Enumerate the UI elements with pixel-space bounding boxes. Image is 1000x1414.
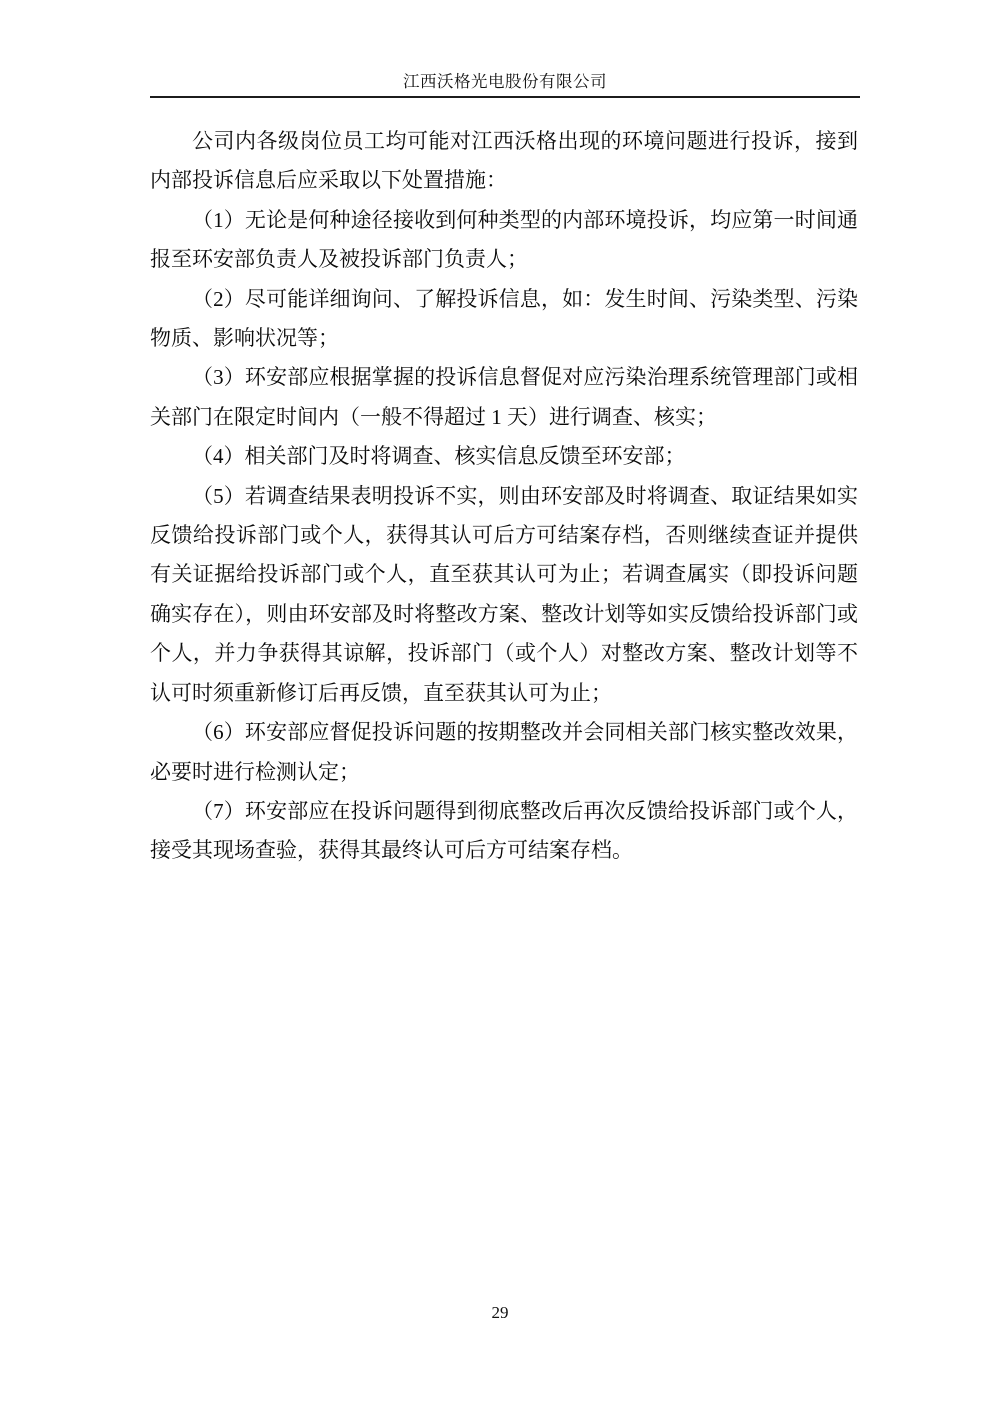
- company-name: 江西沃格光电股份有限公司: [403, 72, 607, 91]
- list-item-7: （7）环安部应在投诉问题得到彻底整改后再次反馈给投诉部门或个人，接受其现场查验，…: [150, 792, 858, 871]
- list-item-1: （1）无论是何种途径接收到何种类型的内部环境投诉，均应第一时间通报至环安部负责人…: [150, 201, 858, 280]
- page-footer: 29: [0, 1303, 1000, 1323]
- list-item-5: （5）若调查结果表明投诉不实，则由环安部及时将调查、取证结果如实反馈给投诉部门或…: [150, 477, 858, 713]
- page-number: 29: [492, 1303, 509, 1322]
- page-header: 江西沃格光电股份有限公司: [150, 68, 860, 98]
- document-page: 江西沃格光电股份有限公司 公司内各级岗位员工均可能对江西沃格出现的环境问题进行投…: [0, 0, 1000, 1414]
- intro-paragraph: 公司内各级岗位员工均可能对江西沃格出现的环境问题进行投诉，接到内部投诉信息后应采…: [150, 122, 858, 201]
- list-item-2: （2）尽可能详细询问、了解投诉信息，如：发生时间、污染类型、污染物质、影响状况等…: [150, 280, 858, 359]
- list-item-6: （6）环安部应督促投诉问题的按期整改并会同相关部门核实整改效果，必要时进行检测认…: [150, 713, 858, 792]
- document-body: 公司内各级岗位员工均可能对江西沃格出现的环境问题进行投诉，接到内部投诉信息后应采…: [150, 122, 858, 871]
- list-item-4: （4）相关部门及时将调查、核实信息反馈至环安部；: [150, 437, 858, 476]
- list-item-3: （3）环安部应根据掌握的投诉信息督促对应污染治理系统管理部门或相关部门在限定时间…: [150, 358, 858, 437]
